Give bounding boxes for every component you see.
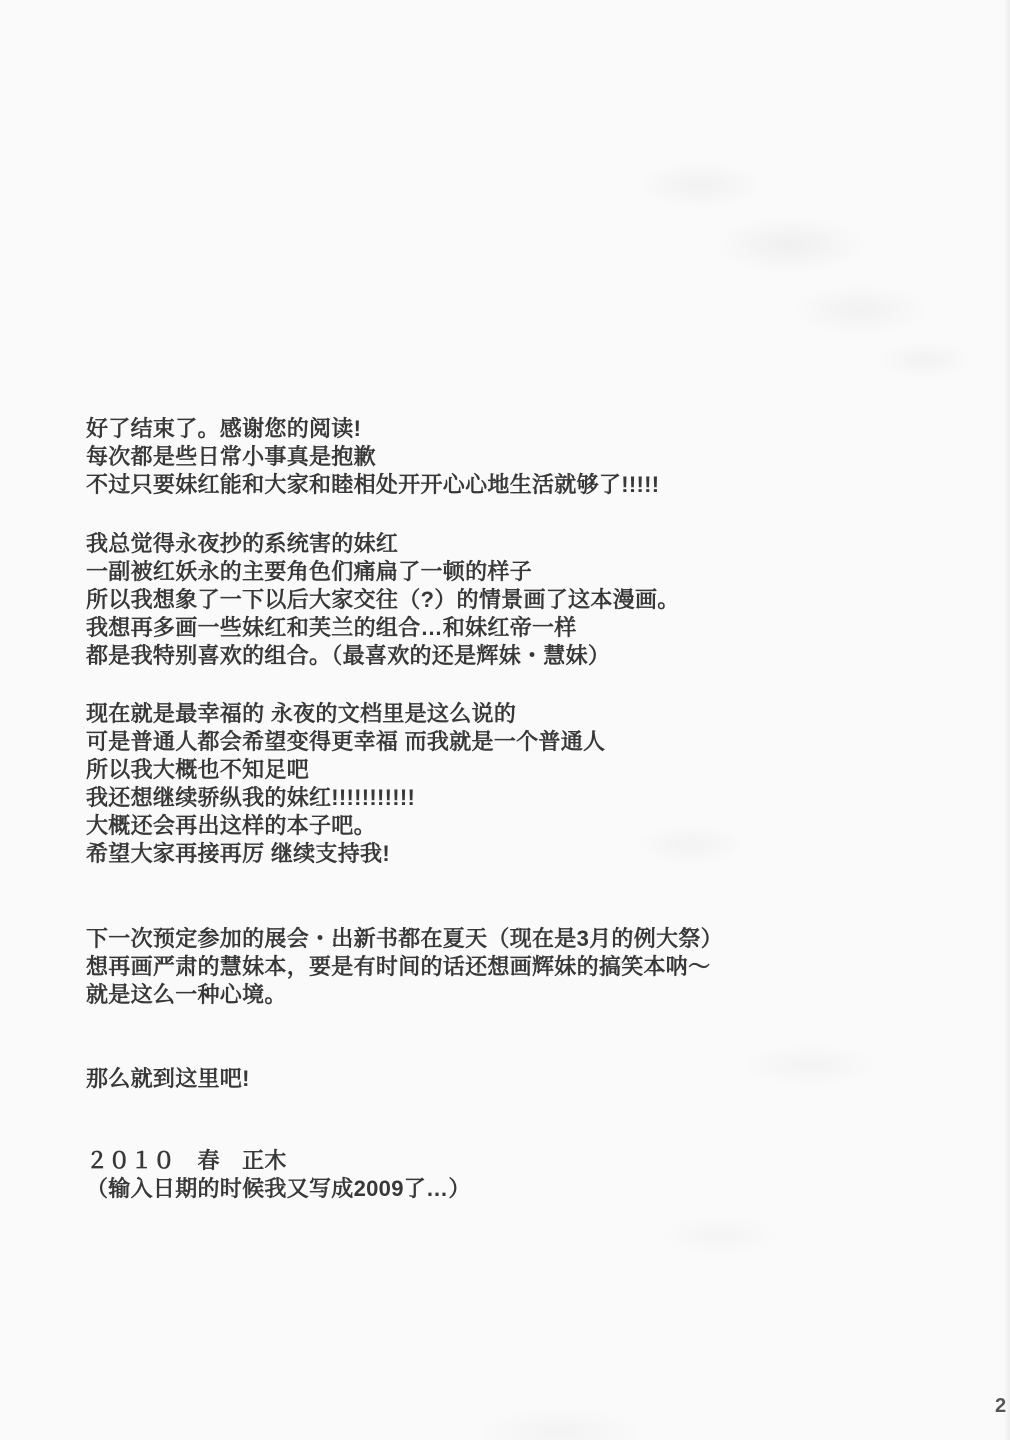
text-line: 我总觉得永夜抄的系统害的妹红 bbox=[86, 530, 680, 558]
text-line: 所以我想象了一下以后大家交往（?）的情景画了这本漫画。 bbox=[86, 586, 680, 614]
text-line: 希望大家再接再厉 继续支持我! bbox=[86, 840, 605, 868]
text-line: 那么就到这里吧! bbox=[86, 1065, 250, 1093]
text-line: 就是这么一种心境。 bbox=[86, 981, 723, 1009]
signature-block: ２０１０ 春 正木 （输入日期的时候我又写成2009了…） bbox=[86, 1147, 471, 1203]
signature-date-author: ２０１０ 春 正木 bbox=[86, 1147, 471, 1175]
text-line: 我还想继续骄纵我的妹红!!!!!!!!!!! bbox=[86, 784, 605, 812]
text-line: 下一次预定参加的展会・出新书都在夏天（现在是3月的例大祭） bbox=[86, 925, 723, 953]
text-line: 所以我大概也不知足吧 bbox=[86, 756, 605, 784]
text-line: 每次都是些日常小事真是抱歉 bbox=[86, 443, 659, 471]
page-number: 2 bbox=[995, 1395, 1006, 1418]
afterword-closing-line: 那么就到这里吧! bbox=[86, 1065, 250, 1093]
afterword-paragraph-thanks: 好了结束了。感谢您的阅读! 每次都是些日常小事真是抱歉 不过只要妹红能和大家和睦… bbox=[86, 415, 659, 499]
page: 好了结束了。感谢您的阅读! 每次都是些日常小事真是抱歉 不过只要妹红能和大家和睦… bbox=[0, 0, 1010, 1440]
signature-note: （输入日期的时候我又写成2009了…） bbox=[86, 1175, 471, 1203]
text-line: 想再画严肃的慧妹本，要是有时间的话还想画辉妹的搞笑本呐～ bbox=[86, 953, 723, 981]
text-line: 我想再多画一些妹红和芙兰的组合…和妹红帝一样 bbox=[86, 614, 680, 642]
text-line: 可是普通人都会希望变得更幸福 而我就是一个普通人 bbox=[86, 728, 605, 756]
text-line: 不过只要妹红能和大家和睦相处开开心心地生活就够了!!!!! bbox=[86, 471, 659, 499]
text-line: 好了结束了。感谢您的阅读! bbox=[86, 415, 659, 443]
afterword-paragraph-next-event: 下一次预定参加的展会・出新书都在夏天（现在是3月的例大祭） 想再画严肃的慧妹本，… bbox=[86, 925, 723, 1009]
text-line: 都是我特别喜欢的组合。（最喜欢的还是辉妹・慧妹） bbox=[86, 642, 680, 670]
afterword-paragraph-concept: 我总觉得永夜抄的系统害的妹红 一副被红妖永的主要角色们痛扁了一顿的样子 所以我想… bbox=[86, 530, 680, 670]
text-line: 一副被红妖永的主要角色们痛扁了一顿的样子 bbox=[86, 558, 680, 586]
text-line: 现在就是最幸福的 永夜的文档里是这么说的 bbox=[86, 700, 605, 728]
text-line: 大概还会再出这样的本子吧。 bbox=[86, 812, 605, 840]
afterword-paragraph-happiness: 现在就是最幸福的 永夜的文档里是这么说的 可是普通人都会希望变得更幸福 而我就是… bbox=[86, 700, 605, 868]
